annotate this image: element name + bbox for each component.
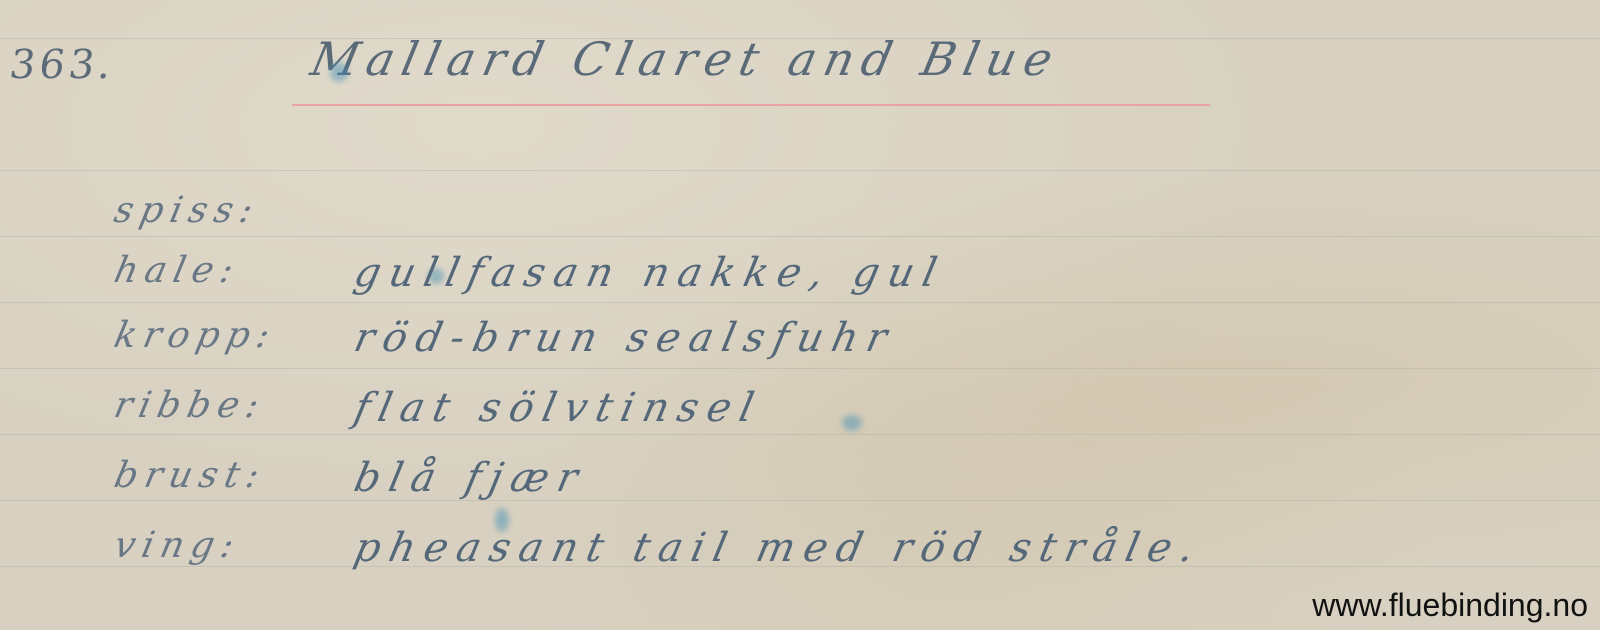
field-label-hale: hale:	[111, 250, 244, 291]
field-label-brust: brust:	[111, 455, 270, 496]
ruled-line	[0, 434, 1600, 435]
field-value-kropp: röd-brun sealsfuhr	[350, 315, 900, 361]
field-label-ribbe: ribbe:	[111, 385, 270, 426]
title-underline	[292, 104, 1210, 106]
field-label-ving: ving:	[111, 525, 245, 566]
ink-blot	[330, 62, 348, 82]
ruled-line	[0, 500, 1600, 501]
ruled-line	[0, 236, 1600, 237]
ruled-line	[0, 302, 1600, 303]
fly-pattern-title: Mallard Claret and Blue	[306, 32, 1065, 86]
entry-number: 363.	[7, 42, 119, 88]
ruled-line	[0, 170, 1600, 171]
field-value-ving: pheasant tail med röd stråle.	[350, 525, 1207, 571]
handwritten-page: 363. Mallard Claret and Blue spiss: hale…	[0, 0, 1600, 630]
field-value-hale: gullfasan nakke, gul	[350, 250, 950, 296]
field-label-kropp: kropp:	[111, 315, 281, 356]
field-value-brust: blå fjær	[350, 455, 591, 501]
field-label-spiss: spiss:	[111, 190, 264, 231]
website-watermark: www.fluebinding.no	[1312, 587, 1588, 624]
ink-blot	[842, 415, 862, 431]
ruled-line	[0, 368, 1600, 369]
field-value-ribbe: flat sölvtinsel	[350, 385, 767, 431]
